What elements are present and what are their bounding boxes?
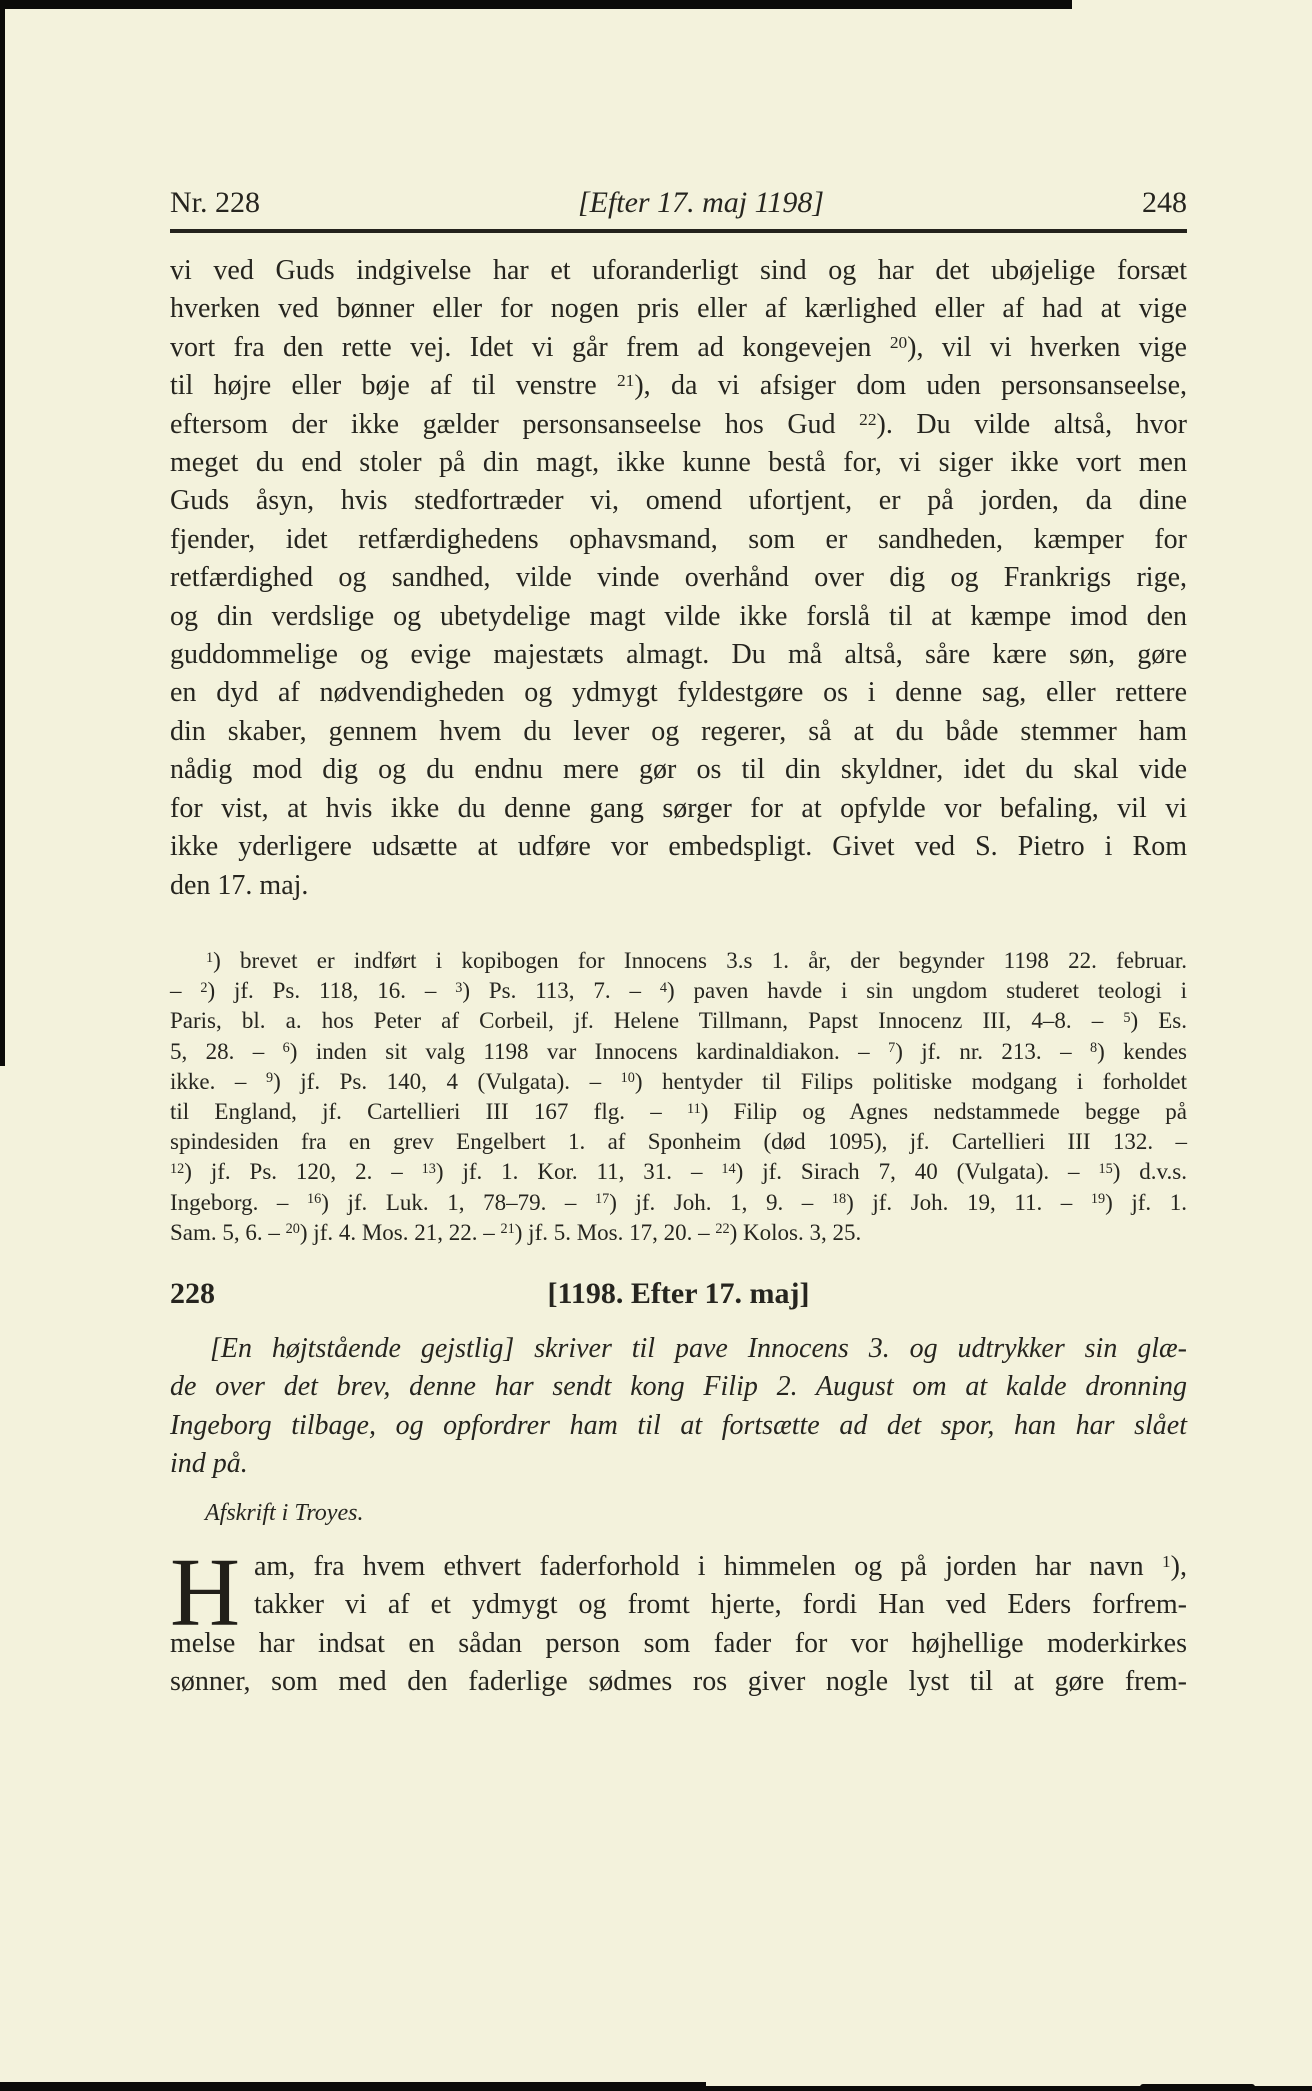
body-text-line: vort fra den rette vej. Idet vi går frem… <box>170 329 1187 367</box>
running-head: Nr. 228 [Efter 17. maj 1198] 248 <box>170 186 1187 233</box>
body-text-line: retfærdighed og sandhed, vilde vinde ove… <box>170 559 1187 597</box>
footnote-line: 5, 28. – 6) inden sit valg 1198 var Inno… <box>170 1037 1187 1067</box>
footnote-line: – 2) jf. Ps. 118, 16. – 3) Ps. 113, 7. –… <box>170 976 1187 1006</box>
footnote-line: 1) brevet er indført i kopibogen for Inn… <box>170 946 1187 976</box>
letter-translation-text: vi ved Guds indgivelse har et uforanderl… <box>170 252 1187 905</box>
footnote-line: Ingeborg. – 16) jf. Luk. 1, 78–79. – 17)… <box>170 1188 1187 1218</box>
body-text-line: fjender, idet retfærdighedens ophavsmand… <box>170 521 1187 559</box>
scan-artifact-top-bar <box>0 0 1072 9</box>
regest-line: de over det brev, denne har sendt kong F… <box>170 1368 1187 1406</box>
body-text-line: en dyd af nødvendigheden og ydmygt fylde… <box>170 674 1187 712</box>
page-number: 248 <box>1142 186 1187 220</box>
letter-line: am, fra hvem ethvert faderforhold i himm… <box>254 1548 1187 1586</box>
letter-line: takker vi af et ydmygt og fromt hjerte, … <box>254 1586 1187 1624</box>
body-text-line: ikke yderligere udsætte at udføre vor em… <box>170 828 1187 866</box>
regest-summary: [En højtstående gejstlig] skriver til pa… <box>170 1330 1187 1484</box>
scan-artifact-bottom-bar-left <box>0 2082 706 2091</box>
regest-line: [En højtstående gejstlig] skriver til pa… <box>170 1330 1187 1368</box>
footnote-line: 12) jf. Ps. 120, 2. – 13) jf. 1. Kor. 11… <box>170 1157 1187 1187</box>
source-note: Afskrift i Troyes. <box>205 1498 363 1528</box>
footnotes: 1) brevet er indført i kopibogen for Inn… <box>170 946 1187 1248</box>
scan-artifact-left-bar <box>0 0 5 1066</box>
body-text-line: guddommelige og evige majestæts almagt. … <box>170 636 1187 674</box>
entry-number-running: Nr. 228 <box>170 186 260 220</box>
body-text-line: den 17. maj. <box>170 867 1187 905</box>
scan-artifact-bottom-blob <box>1140 2084 1255 2091</box>
footnote-line: spindesiden fra en grev Engelbert 1. af … <box>170 1127 1187 1157</box>
body-text-line: meget du end stoler på din magt, ikke ku… <box>170 444 1187 482</box>
footnote-line: til England, jf. Cartellieri III 167 flg… <box>170 1097 1187 1127</box>
footnote-line: ikke. – 9) jf. Ps. 140, 4 (Vulgata). – 1… <box>170 1067 1187 1097</box>
body-text-line: din skaber, gennem hvem du lever og rege… <box>170 713 1187 751</box>
body-text-line: hverken ved bønner eller for nogen pris … <box>170 290 1187 328</box>
body-text-line: for vist, at hvis ikke du denne gang sør… <box>170 790 1187 828</box>
footnote-line: Sam. 5, 6. – 20) jf. 4. Mos. 21, 22. – 2… <box>170 1218 1187 1248</box>
running-head-date: [Efter 17. maj 1198] <box>578 186 824 220</box>
footnote-line: Paris, bl. a. hos Peter af Corbeil, jf. … <box>170 1006 1187 1036</box>
regest-line: ind på. <box>170 1445 1187 1483</box>
letter-opening: H am, fra hvem ethvert faderforhold i hi… <box>170 1548 1187 1702</box>
body-text-line: eftersom der ikke gælder personsanseelse… <box>170 406 1187 444</box>
entry-date-heading: [1198. Efter 17. maj] <box>340 1276 1017 1312</box>
letter-line: melse har indsat en sådan person som fad… <box>170 1625 1187 1663</box>
regest-line: Ingeborg tilbage, og opfordrer ham til a… <box>170 1407 1187 1445</box>
body-text-line: nådig mod dig og du endnu mere gør os ti… <box>170 751 1187 789</box>
scanned-book-page: Nr. 228 [Efter 17. maj 1198] 248 vi ved … <box>0 0 1312 2091</box>
body-text-line: vi ved Guds indgivelse har et uforanderl… <box>170 252 1187 290</box>
body-text-line: og din verdslige og ubetydelige magt vil… <box>170 598 1187 636</box>
body-text-line: Guds åsyn, hvis stedfortræder vi, omend … <box>170 482 1187 520</box>
letter-line: sønner, som med den faderlige sødmes ros… <box>170 1663 1187 1701</box>
entry-number: 228 <box>170 1276 340 1312</box>
body-text-line: til højre eller bøje af til venstre 21),… <box>170 367 1187 405</box>
letter-opening-lines: am, fra hvem ethvert faderforhold i himm… <box>170 1548 1187 1702</box>
drop-cap-initial: H <box>170 1558 240 1628</box>
entry-heading: 228 [1198. Efter 17. maj] <box>170 1276 1187 1312</box>
